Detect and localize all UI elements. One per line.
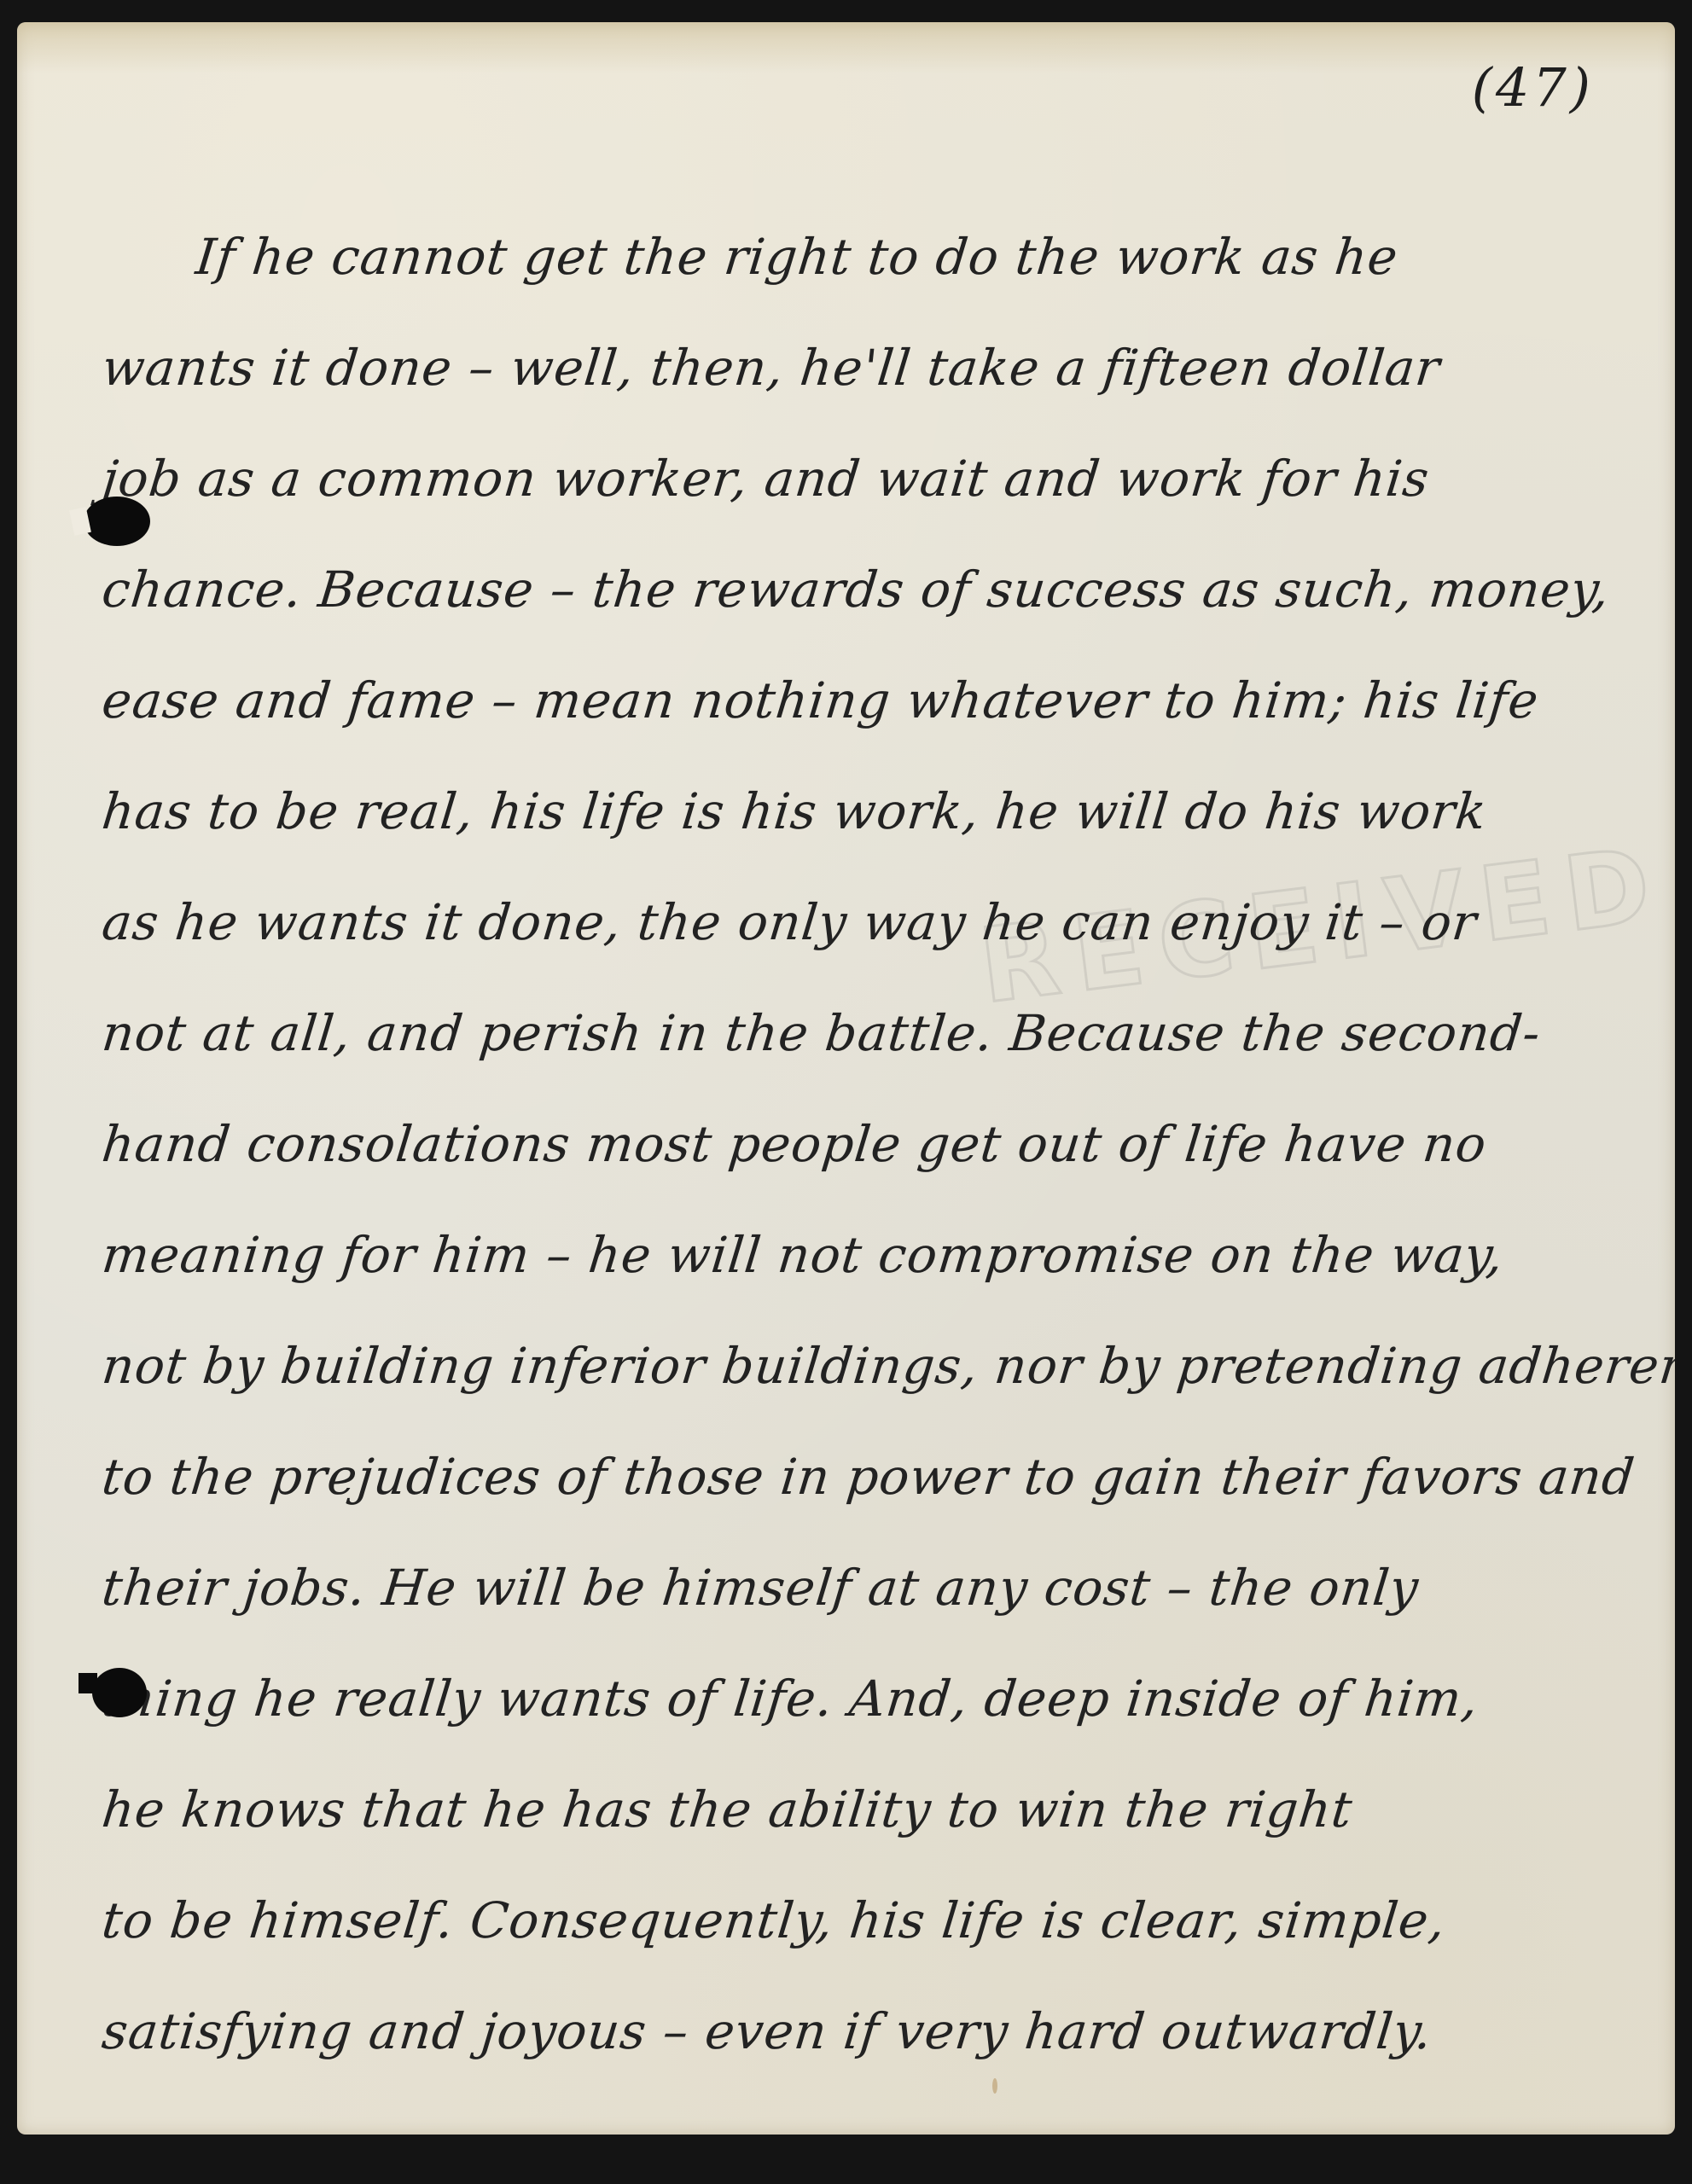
- paper-aging-tint: [17, 22, 1675, 73]
- text-line: wants it done – well, then, he'll take a…: [96, 312, 1627, 423]
- handwritten-text: If he cannot get the right to do the wor…: [102, 201, 1621, 2087]
- text-line: thing he really wants of life. And, deep…: [96, 1643, 1627, 1754]
- text-line: to be himself. Consequently, his life is…: [96, 1865, 1627, 1976]
- text-line: their jobs. He will be himself at any co…: [96, 1532, 1627, 1643]
- text-line: as he wants it done, the only way he can…: [96, 867, 1627, 978]
- paper-stain: [992, 2078, 997, 2094]
- text-line: not at all, and perish in the battle. Be…: [96, 978, 1627, 1089]
- text-line: job as a common worker, and wait and wor…: [96, 423, 1627, 534]
- text-line: chance. Because – the rewards of success…: [96, 534, 1627, 645]
- text-line: satisfying and joyous – even if very har…: [96, 1976, 1627, 2087]
- text-line: hand consolations most people get out of…: [96, 1089, 1627, 1199]
- text-line: to the prejudices of those in power to g…: [96, 1421, 1627, 1532]
- text-line: has to be real, his life is his work, he…: [96, 756, 1627, 867]
- text-line: not by building inferior buildings, nor …: [96, 1310, 1627, 1421]
- punch-hole-icon: [84, 497, 150, 546]
- text-line: ease and fame – mean nothing whatever to…: [96, 645, 1627, 756]
- text-line: If he cannot get the right to do the wor…: [96, 201, 1627, 312]
- punch-hole-icon: [92, 1668, 147, 1717]
- page-number: (47): [1472, 56, 1594, 119]
- text-line: he knows that he has the ability to win …: [96, 1754, 1627, 1865]
- text-line: meaning for him – he will not compromise…: [96, 1199, 1627, 1310]
- manuscript-page: RECEIVED (47) If he cannot get the right…: [17, 22, 1675, 2135]
